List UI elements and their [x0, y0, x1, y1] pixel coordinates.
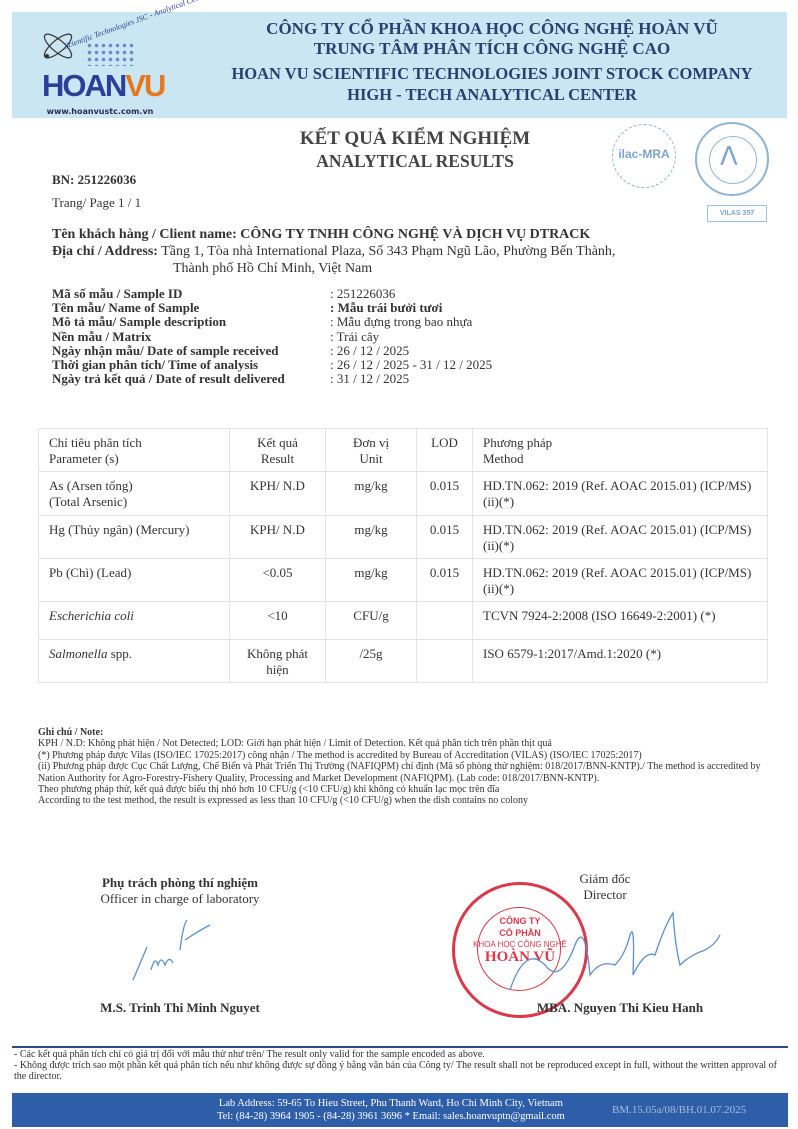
center-name-vn: TRUNG TÂM PHÂN TÍCH CÔNG NGHỆ CAO — [202, 39, 782, 59]
client-name-value: CÔNG TY TNHH CÔNG NGHỆ VÀ DỊCH VỤ DTRACK — [240, 227, 590, 242]
lab-address: Lab Address: 59-65 To Hieu Street, Phu T… — [217, 1097, 565, 1110]
header-result: Kết quảResult — [230, 429, 326, 472]
sample-info-label: Nền mẫu / Matrix — [52, 330, 330, 344]
sample-info-value: : 26 / 12 / 2025 - 31 / 12 / 2025 — [330, 358, 492, 372]
result-row: Pb (Chì) (Lead) <0.05 mg/kg 0.015 HD.TN.… — [39, 559, 768, 602]
sample-info-row: Nền mẫu / Matrix : Trái cây — [52, 330, 492, 344]
sample-info-row: Tên mẫu/ Name of Sample : Mẫu trái bưởi … — [52, 301, 492, 315]
notes-section: Ghi chú / Note: KPH / N.D: Không phát hi… — [38, 727, 768, 807]
sample-info-label: Tên mẫu/ Name of Sample — [52, 301, 330, 315]
lab-officer-role-vn: Phụ trách phòng thí nghiệm — [70, 875, 290, 891]
sample-info-label: Mô tả mẫu/ Sample description — [52, 315, 330, 329]
note-line: (*) Phương pháp được Vilas (ISO/IEC 1702… — [38, 750, 768, 761]
company-name-vn: CÔNG TY CỔ PHẦN KHOA HỌC CÔNG NGHỆ HOÀN … — [202, 18, 782, 39]
result-lod: 0.015 — [417, 559, 473, 602]
notes-heading: Ghi chú / Note: — [38, 727, 768, 738]
result-lod — [417, 640, 473, 683]
footer-divider — [12, 1046, 788, 1048]
lab-officer-signature-icon — [125, 915, 215, 985]
ilac-mra-seal-icon: ilac-MRA — [612, 124, 676, 188]
result-unit: /25g — [326, 640, 417, 683]
sample-info-value: : 26 / 12 / 2025 — [330, 344, 492, 358]
boa-vietnam-seal-icon: Λ — [695, 122, 769, 196]
form-code: BM.15.05a/08/BH.01.07.2025 — [612, 1104, 746, 1116]
sample-info-value: : Mẫu đựng trong bao nhựa — [330, 315, 492, 329]
note-line: Theo phương pháp thử, kết quả được biểu … — [38, 784, 768, 795]
result-method: ISO 6579-1:2017/Amd.1:2020 (*) — [473, 640, 768, 683]
result-method: HD.TN.062: 2019 (Ref. AOAC 2015.01) (ICP… — [473, 516, 768, 559]
result-value: KPH/ N.D — [230, 472, 326, 516]
sample-info-row: Ngày trả kết quả / Date of result delive… — [52, 372, 492, 386]
batch-number: BN: 251226036 — [52, 172, 136, 188]
client-name-label: Tên khách hàng / Client name: — [52, 227, 237, 242]
result-parameter: Salmonella spp. — [39, 640, 230, 683]
result-method: HD.TN.062: 2019 (Ref. AOAC 2015.01) (ICP… — [473, 472, 768, 516]
document-title: KẾT QUẢ KIỂM NGHIỆM ANALYTICAL RESULTS — [250, 128, 580, 172]
result-unit: CFU/g — [326, 602, 417, 640]
company-name-en: HOAN VU SCIENTIFIC TECHNOLOGIES JOINT ST… — [202, 63, 782, 85]
sample-info-row: Ngày nhận mẫu/ Date of sample received :… — [52, 344, 492, 358]
address-label: Địa chỉ / Address: — [52, 244, 158, 259]
result-unit: mg/kg — [326, 559, 417, 602]
sample-info-value: : 251226036 — [330, 287, 492, 301]
result-row: Escherichia coli <10 CFU/g TCVN 7924-2:2… — [39, 602, 768, 640]
result-method: HD.TN.062: 2019 (Ref. AOAC 2015.01) (ICP… — [473, 559, 768, 602]
sample-info-label: Thời gian phân tích/ Time of analysis — [52, 358, 330, 372]
center-name-en: HIGH - TECH ANALYTICAL CENTER — [202, 85, 782, 105]
note-line: KPH / N.D: Không phát hiện / Not Detecte… — [38, 738, 768, 749]
result-method: TCVN 7924-2:2008 (ISO 16649-2:2001) (*) — [473, 602, 768, 640]
result-unit: mg/kg — [326, 472, 417, 516]
result-unit: mg/kg — [326, 516, 417, 559]
director-signature-icon — [505, 905, 725, 1000]
result-row: As (Arsen tổng) (Total Arsenic) KPH/ N.D… — [39, 472, 768, 516]
result-lod — [417, 602, 473, 640]
note-line: According to the test method, the result… — [38, 795, 768, 806]
sample-info-row: Mô tả mẫu/ Sample description : Mẫu đựng… — [52, 315, 492, 329]
logo-brand: HOANVU — [42, 70, 164, 101]
letterhead-text: CÔNG TY CỔ PHẦN KHOA HỌC CÔNG NGHỆ HOÀN … — [202, 18, 782, 105]
lab-contact: Tel: (84-28) 3964 1905 - (84-28) 3961 36… — [217, 1110, 565, 1123]
sample-info-value: : Mẫu trái bưởi tươi — [330, 301, 492, 315]
title-vn: KẾT QUẢ KIỂM NGHIỆM — [250, 128, 580, 150]
lab-officer-role-en: Officer in charge of laboratory — [70, 891, 290, 907]
vilas-badge: VILAS 357 — [707, 205, 767, 222]
director-name: MBA. Nguyen Thi Kieu Hanh — [505, 1000, 735, 1016]
result-value: Không phát hiện — [230, 640, 326, 683]
result-value: <0.05 — [230, 559, 326, 602]
client-block: Tên khách hàng / Client name: CÔNG TY TN… — [52, 226, 615, 277]
result-row: Hg (Thủy ngân) (Mercury) KPH/ N.D mg/kg … — [39, 516, 768, 559]
note-line: (ii) Phương pháp được Cục Chất Lượng, Ch… — [38, 761, 768, 784]
sample-info-label: Mã số mẫu / Sample ID — [52, 287, 330, 301]
result-row: Salmonella spp. Không phát hiện /25g ISO… — [39, 640, 768, 683]
sample-info-value: : 31 / 12 / 2025 — [330, 372, 492, 386]
footer-contact-bar: Lab Address: 59-65 To Hieu Street, Phu T… — [12, 1093, 788, 1127]
address-line-1: Tầng 1, Tòa nhà International Plaza, Số … — [161, 244, 615, 259]
result-value: <10 — [230, 602, 326, 640]
result-parameter: As (Arsen tổng) (Total Arsenic) — [39, 472, 230, 516]
results-header-row: Chỉ tiêu phân tíchParameter (s) Kết quảR… — [39, 429, 768, 472]
address-line-2: Thành phố Hồ Chí Minh, Việt Nam — [52, 260, 615, 277]
result-value: KPH/ N.D — [230, 516, 326, 559]
logo-pixel-pattern — [86, 42, 136, 66]
disclaimer-line-2: - Không được trích sao một phần kết quả … — [14, 1060, 789, 1082]
header-unit: Đơn vịUnit — [326, 429, 417, 472]
director-role-vn: Giám đốc — [520, 871, 690, 887]
sample-info-row: Thời gian phân tích/ Time of analysis : … — [52, 358, 492, 372]
results-table: Chỉ tiêu phân tíchParameter (s) Kết quảR… — [38, 428, 768, 683]
logo-url: www.hoanvustc.com.vn — [38, 107, 162, 116]
page-indicator: Trang/ Page 1 / 1 — [52, 195, 141, 211]
result-parameter: Escherichia coli — [39, 602, 230, 640]
sample-info-value: : Trái cây — [330, 330, 492, 344]
sample-info-row: Mã số mẫu / Sample ID : 251226036 — [52, 287, 492, 301]
sample-info-label: Ngày trả kết quả / Date of result delive… — [52, 372, 330, 386]
lab-officer-signature-block: Phụ trách phòng thí nghiệm Officer in ch… — [70, 875, 290, 907]
letterhead-banner: Scientific Technologies JSC - Analytical… — [12, 12, 787, 118]
result-lod: 0.015 — [417, 472, 473, 516]
lab-officer-name: M.S. Trinh Thi Minh Nguyet — [70, 1000, 290, 1016]
header-lod: LOD — [417, 429, 473, 472]
result-lod: 0.015 — [417, 516, 473, 559]
result-parameter: Pb (Chì) (Lead) — [39, 559, 230, 602]
sample-info: Mã số mẫu / Sample ID : 251226036Tên mẫu… — [52, 287, 492, 386]
sample-info-label: Ngày nhận mẫu/ Date of sample received — [52, 344, 330, 358]
footer-disclaimer: - Các kết quả phân tích chỉ có giá trị đ… — [14, 1049, 789, 1082]
title-en: ANALYTICAL RESULTS — [250, 150, 580, 172]
company-logo: Scientific Technologies JSC - Analytical… — [38, 20, 158, 116]
result-parameter: Hg (Thủy ngân) (Mercury) — [39, 516, 230, 559]
disclaimer-line-1: - Các kết quả phân tích chỉ có giá trị đ… — [14, 1049, 789, 1060]
header-parameter: Chỉ tiêu phân tíchParameter (s) — [39, 429, 230, 472]
header-method: Phương phápMethod — [473, 429, 768, 472]
